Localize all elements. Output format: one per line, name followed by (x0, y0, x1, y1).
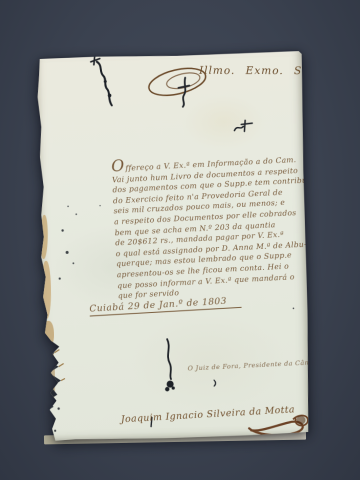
manuscript-page: Illmo. Exmo. Snr. Offereço a V. Ex.ª em … (37, 51, 311, 441)
manuscript-page-wrap: Illmo. Exmo. Snr. Offereço a V. Ex.ª em … (37, 51, 311, 441)
ink-scribble-icon (231, 118, 255, 137)
letter-body: Offereço a V. Ex.ª em Informação a do Ca… (111, 151, 318, 302)
ink-squiggle-top-left-icon (85, 55, 122, 110)
ink-drip-icon (159, 337, 182, 397)
photo-backdrop: Illmo. Exmo. Snr. Offereço a V. Ex.ª em … (0, 0, 360, 480)
salutation: Illmo. Exmo. Snr. (199, 65, 319, 77)
